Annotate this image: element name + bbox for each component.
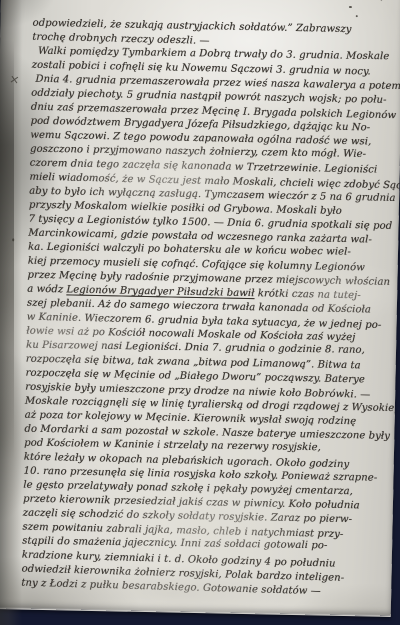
document-photo: 17 × odpowiedzieli, że szukają austryjac… bbox=[0, 0, 400, 625]
margin-x-mark: × bbox=[8, 72, 20, 87]
page-number: 17 bbox=[369, 0, 391, 6]
ink-speck bbox=[370, 111, 372, 113]
ink-speck bbox=[356, 15, 358, 17]
ink-speck bbox=[349, 6, 352, 8]
manuscript-page: 17 × odpowiedzieli, że szukają austryjac… bbox=[0, 0, 400, 616]
manuscript-text: odpowiedzieli, że szukają austryjackich … bbox=[21, 17, 396, 598]
ink-speck bbox=[12, 238, 14, 241]
